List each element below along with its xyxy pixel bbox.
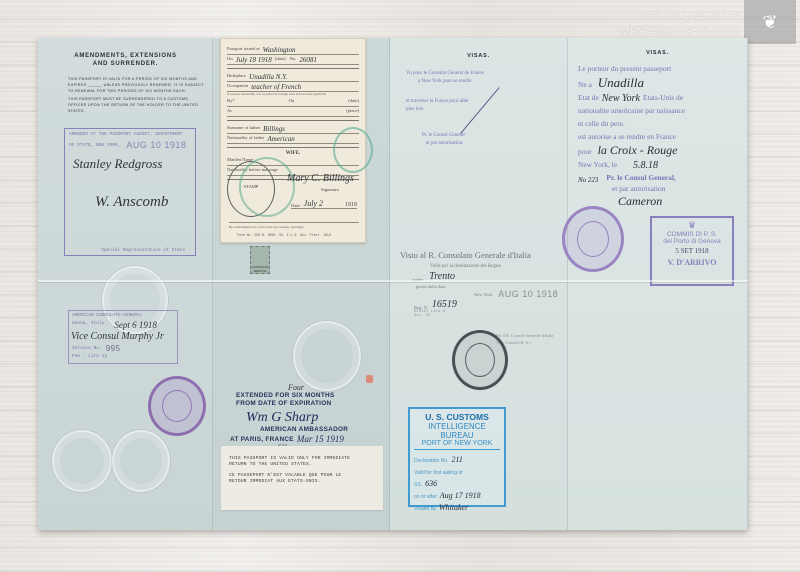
ambassador-signature: Wm G Sharp xyxy=(230,408,380,426)
issued-on-value: July 18 1918 xyxy=(236,56,272,64)
extension-stamp: Four EXTENDED FOR SIX MONTHS FROM DATE O… xyxy=(230,383,380,450)
registration-number: 16519 xyxy=(432,299,457,310)
consular-seal-purple xyxy=(148,376,206,436)
validity-text: This passport is valid for a period of s… xyxy=(68,76,208,94)
agency-date: AUG 10 1918 xyxy=(126,140,186,150)
father-surname-value: Billings xyxy=(263,125,285,133)
visaed-by: Whitaker xyxy=(439,503,468,512)
amendments-heading: AMENDMENTS, EXTENSIONS xyxy=(38,53,213,59)
issued-at-value: Washington xyxy=(263,46,296,54)
revenue-stamp: CONSOLAR SERVICE xyxy=(250,246,270,274)
passport-agency-stamp: AMENDED AT THE PASSPORT AGENCY, DEPARTME… xyxy=(64,128,196,256)
panel-visas-2: VISAS. Le porteur du present passeport N… xyxy=(568,38,748,530)
visas-heading: VISAS. xyxy=(568,50,747,56)
crown-icon: ♛ xyxy=(652,220,732,231)
genoa-port-stamp: ♛ COMMIS DI P. S. del Porto di Genova 5 … xyxy=(650,216,734,286)
red-seal-mark xyxy=(366,375,373,383)
agency-signature-1: Stanley Redgross xyxy=(65,150,195,172)
french-consulate-seal xyxy=(562,206,624,272)
occupation-value: teacher of French xyxy=(251,83,301,91)
genoa-date: 5 SET 1918 xyxy=(652,247,732,255)
french-visa-travel: Le porteur du present passeport Ne a Una… xyxy=(578,62,743,209)
visas-heading: VISAS. xyxy=(390,53,567,59)
declaration-number: 211 xyxy=(451,455,462,464)
embossed-seal xyxy=(52,430,112,492)
birthplace-value: Unadilla N.Y. xyxy=(249,73,287,81)
italian-consulate-seal xyxy=(452,330,508,390)
service-number: 995 xyxy=(106,344,121,353)
watermark-line1: LION COLLECTION xyxy=(620,8,740,24)
extension-handwritten: Four xyxy=(230,383,380,392)
visa-ref: No 223 xyxy=(578,176,598,184)
watermark: LION COLLECTION MRPASSPORTS.COM xyxy=(620,8,740,40)
agency-signature-2: W. Anscomb xyxy=(65,172,195,211)
passport-sheet: AMENDMENTS, EXTENSIONS AND SURRENDER. Th… xyxy=(38,38,748,530)
embossed-seal xyxy=(112,430,170,492)
birth-town: Unadilla xyxy=(598,75,644,91)
consular-seal-green xyxy=(333,127,373,173)
typed-validity-note: THIS PASSPORT IS VALID ONLY FOR IMMEDIAT… xyxy=(221,446,383,510)
consular-seal-green xyxy=(239,157,295,217)
birth-state: New York xyxy=(602,93,640,104)
consulate-stamp: AMERICAN CONSULATE-GENERAL Genoa, Italy … xyxy=(68,310,178,364)
ship-number: 636 xyxy=(425,479,437,488)
visa-date: 5.8.18 xyxy=(633,160,658,171)
horizontal-fold xyxy=(38,280,748,282)
laurel-logo-icon: ❦ xyxy=(744,0,796,44)
extension-date: Mar 15 1919 xyxy=(297,434,344,444)
signature-date: July 2 xyxy=(304,199,323,208)
holder-signature: Mary C. Billings xyxy=(287,173,354,184)
embossed-seal xyxy=(293,321,361,391)
passport-application-card: Passport issued at Washington On July 18… xyxy=(220,38,366,243)
surrender-text: This passport must be surrendered to a c… xyxy=(68,96,208,114)
italian-consulate-visa: Visto al R. Consolato Generale d'Italia … xyxy=(400,250,570,318)
sailing-date: Aug 17 1918 xyxy=(440,491,481,500)
passport-number: 26081 xyxy=(299,56,317,64)
travel-purpose: la Croix - Rouge xyxy=(598,143,678,158)
italian-visa-date: AUG 10 1918 xyxy=(498,289,558,299)
panel-amendments: AMENDMENTS, EXTENSIONS AND SURRENDER. Th… xyxy=(38,38,213,530)
father-nationality-value: American xyxy=(268,135,295,143)
consulate-signature: Vice Consul Murphy Jr xyxy=(69,330,177,342)
us-customs-stamp: U. S. CUSTOMS INTELLIGENCE BUREAU PORT O… xyxy=(408,407,506,507)
consulate-date: Sept 6 1918 xyxy=(114,320,157,330)
